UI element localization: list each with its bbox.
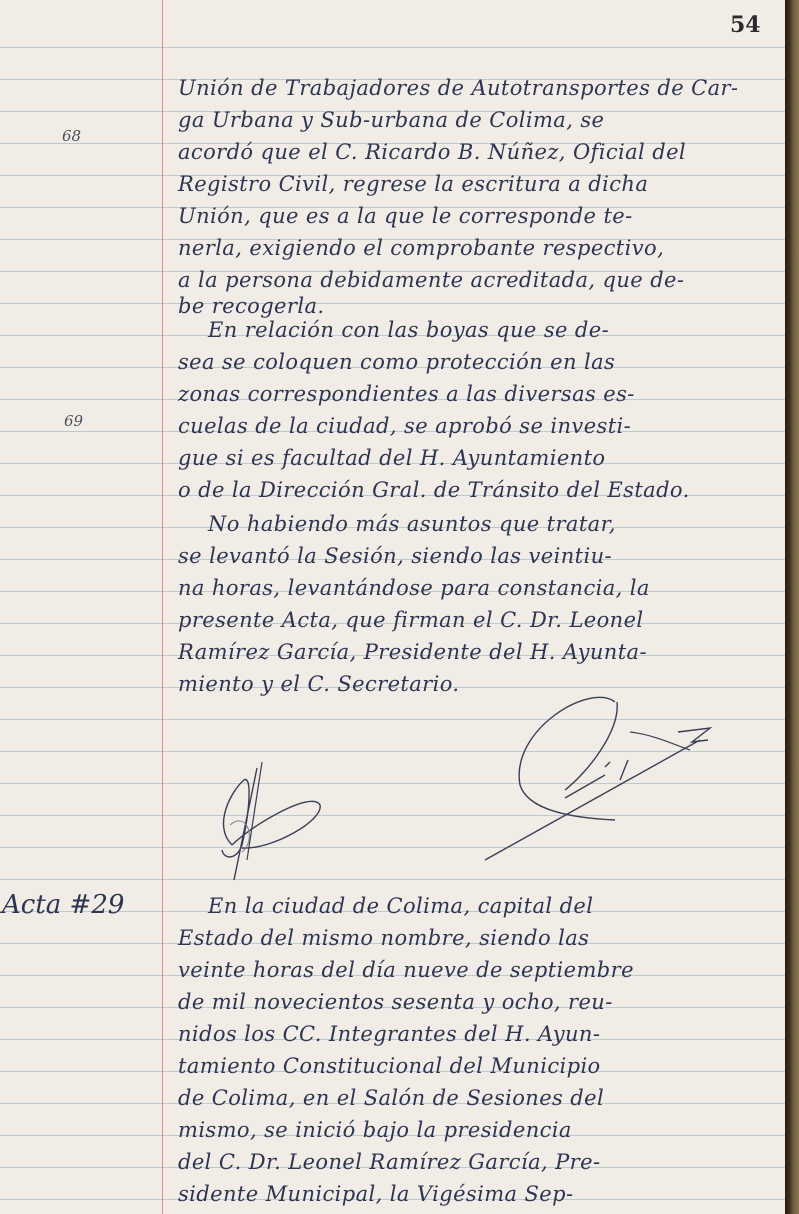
act-29-line: de mil novecientos sesenta y ocho, reu- <box>178 986 778 1018</box>
act-29-line: del C. Dr. Leonel Ramírez García, Pre- <box>178 1146 778 1178</box>
body-line: Unión, que es a la que le corresponde te… <box>178 200 778 232</box>
act-29-line: En la ciudad de Colima, capital del <box>178 890 778 922</box>
margin-note-69: 69 <box>64 412 83 430</box>
body-line: Unión de Trabajadores de Autotransportes… <box>178 72 778 104</box>
body-line: No habiendo más asuntos que tratar, <box>178 508 778 540</box>
book-binding-edge <box>785 0 799 1214</box>
red-margin-line <box>162 0 163 1214</box>
body-line: acordó que el C. Ricardo B. Núñez, Ofici… <box>178 136 778 168</box>
body-line: Ramírez García, Presidente del H. Ayunta… <box>178 636 778 668</box>
body-line: zonas correspondientes a las diversas es… <box>178 378 778 410</box>
act-29-line: tamiento Constitucional del Municipio <box>178 1050 778 1082</box>
signature-right <box>480 690 740 870</box>
act-29-line: nidos los CC. Integrantes del H. Ayun- <box>178 1018 778 1050</box>
body-line: gue si es facultad del H. Ayuntamiento <box>178 442 778 474</box>
body-line: Registro Civil, regrese la escritura a d… <box>178 168 778 200</box>
body-line: ga Urbana y Sub-urbana de Colima, se <box>178 104 778 136</box>
act-29-line: veinte horas del día nueve de septiembre <box>178 954 778 986</box>
page-number: 54 <box>730 12 761 38</box>
body-line: o de la Dirección Gral. de Tránsito del … <box>178 474 778 506</box>
margin-note-68: 68 <box>62 127 81 145</box>
body-line: nerla, exigiendo el comprobante respecti… <box>178 232 778 264</box>
ledger-page: 54 68 69 Acta #29 Unión de Trabajadores … <box>0 0 785 1214</box>
act-29-line: Estado del mismo nombre, siendo las <box>178 922 778 954</box>
body-line: cuelas de la ciudad, se aprobó se invest… <box>178 410 778 442</box>
signature-left <box>212 750 322 890</box>
body-line: En relación con las boyas que se de- <box>178 314 778 346</box>
act-29-line: de Colima, en el Salón de Sesiones del <box>178 1082 778 1114</box>
body-line: sea se coloquen como protección en las <box>178 346 778 378</box>
body-line: na horas, levantándose para constancia, … <box>178 572 778 604</box>
body-line: se levantó la Sesión, siendo las veintiu… <box>178 540 778 572</box>
act-29-line: sidente Municipal, la Vigésima Sep- <box>178 1178 778 1210</box>
act-29-line: mismo, se inició bajo la presidencia <box>178 1114 778 1146</box>
margin-note-acta-29: Acta #29 <box>2 890 124 920</box>
body-line: presente Acta, que firman el C. Dr. Leon… <box>178 604 778 636</box>
